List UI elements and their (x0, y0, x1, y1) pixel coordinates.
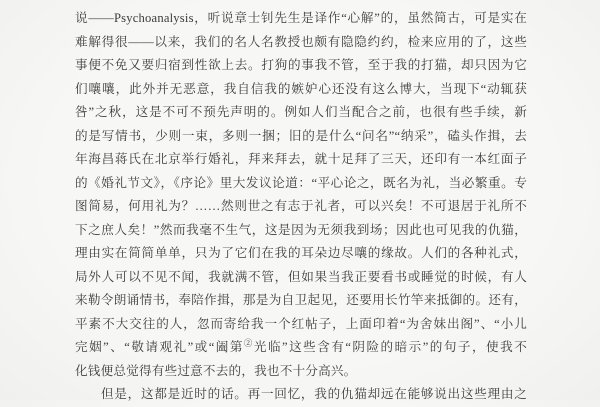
text-line: 年海昌蒋氏在北京举行婚礼，拜来拜去，就十足拜了三天，还印有一本红面子 (75, 148, 527, 172)
text-line: 平素不大交往的人，忽而寄给我一个红帖子，上面印着“为舍妹出阁”、“小儿 (75, 313, 527, 337)
text-line: 的《婚礼节文》，《序论》里大发议论道：“平心论之，既名为礼，当必繁重。专 (75, 172, 527, 196)
text-line: 咎”之秋，这是不可不预先声明的。例如人们当配合之前，也很有些手续，新 (75, 101, 527, 125)
text-segment: 光临”这些含有“阴险的暗示”的句子，使我不 (254, 340, 527, 354)
footnote-marker: ② (244, 338, 254, 348)
text-block: 说——Psychoanalysis，听说章士钊先生是译作“心解”的，虽然简古，可… (75, 7, 527, 400)
text-line: 但是，这都是近时的话。再一回忆，我的仇猫却远在能够说出这些理由之 (75, 383, 527, 400)
text-line: 理由实在简简单单，只为了它们在我的耳朵边尽嚷的缘故。人们的各种礼式， (75, 242, 527, 266)
document-page: 说——Psychoanalysis，听说章士钊先生是译作“心解”的，虽然简古，可… (0, 0, 600, 400)
text-line: 化钱便总觉得有些过意不去的，我也不十分高兴。 (75, 360, 527, 384)
text-line: 们嚷嚷，此外并无恶意，我自信我的嫉妒心还没有这么博大，当现下“动辄获 (75, 78, 527, 102)
text-line: 来勒令朗诵情书，奉陪作揖，那是为自卫起见，还要用长竹竿来抵御的。还有， (75, 289, 527, 313)
text-line: 完姻”、“敬请观礼”或“阖第②光临”这些含有“阴险的暗示”的句子，使我不 (75, 336, 527, 360)
text-segment: 完姻”、“敬请观礼”或“阖第 (75, 340, 244, 354)
text-line: 难解得很——以来，我们的名人名教授也颇有隐隐约约，检来应用的了，这些 (75, 31, 527, 55)
text-line: 说——Psychoanalysis，听说章士钊先生是译作“心解”的，虽然简古，可… (75, 7, 527, 31)
text-line: 事便不免又要归宿到性欲上去。打狗的事我不管，至于我的打猫，却只因为它 (75, 54, 527, 78)
text-line: 图简易，何用礼为？……然则世之有志于礼者，可以兴矣！不可退居于礼所不 (75, 195, 527, 219)
text-line: 下之庶人矣！”然而我毫不生气，这是因为无须我到场；因此也可见我的仇猫， (75, 219, 527, 243)
text-line: 的是写情书，少则一束，多则一捆；旧的是什么“问名”“纳采”，磕头作揖，去 (75, 125, 527, 149)
text-line: 局外人可以不见不闻，我就满不管，但如果当我正要看书或睡觉的时候，有人 (75, 266, 527, 290)
